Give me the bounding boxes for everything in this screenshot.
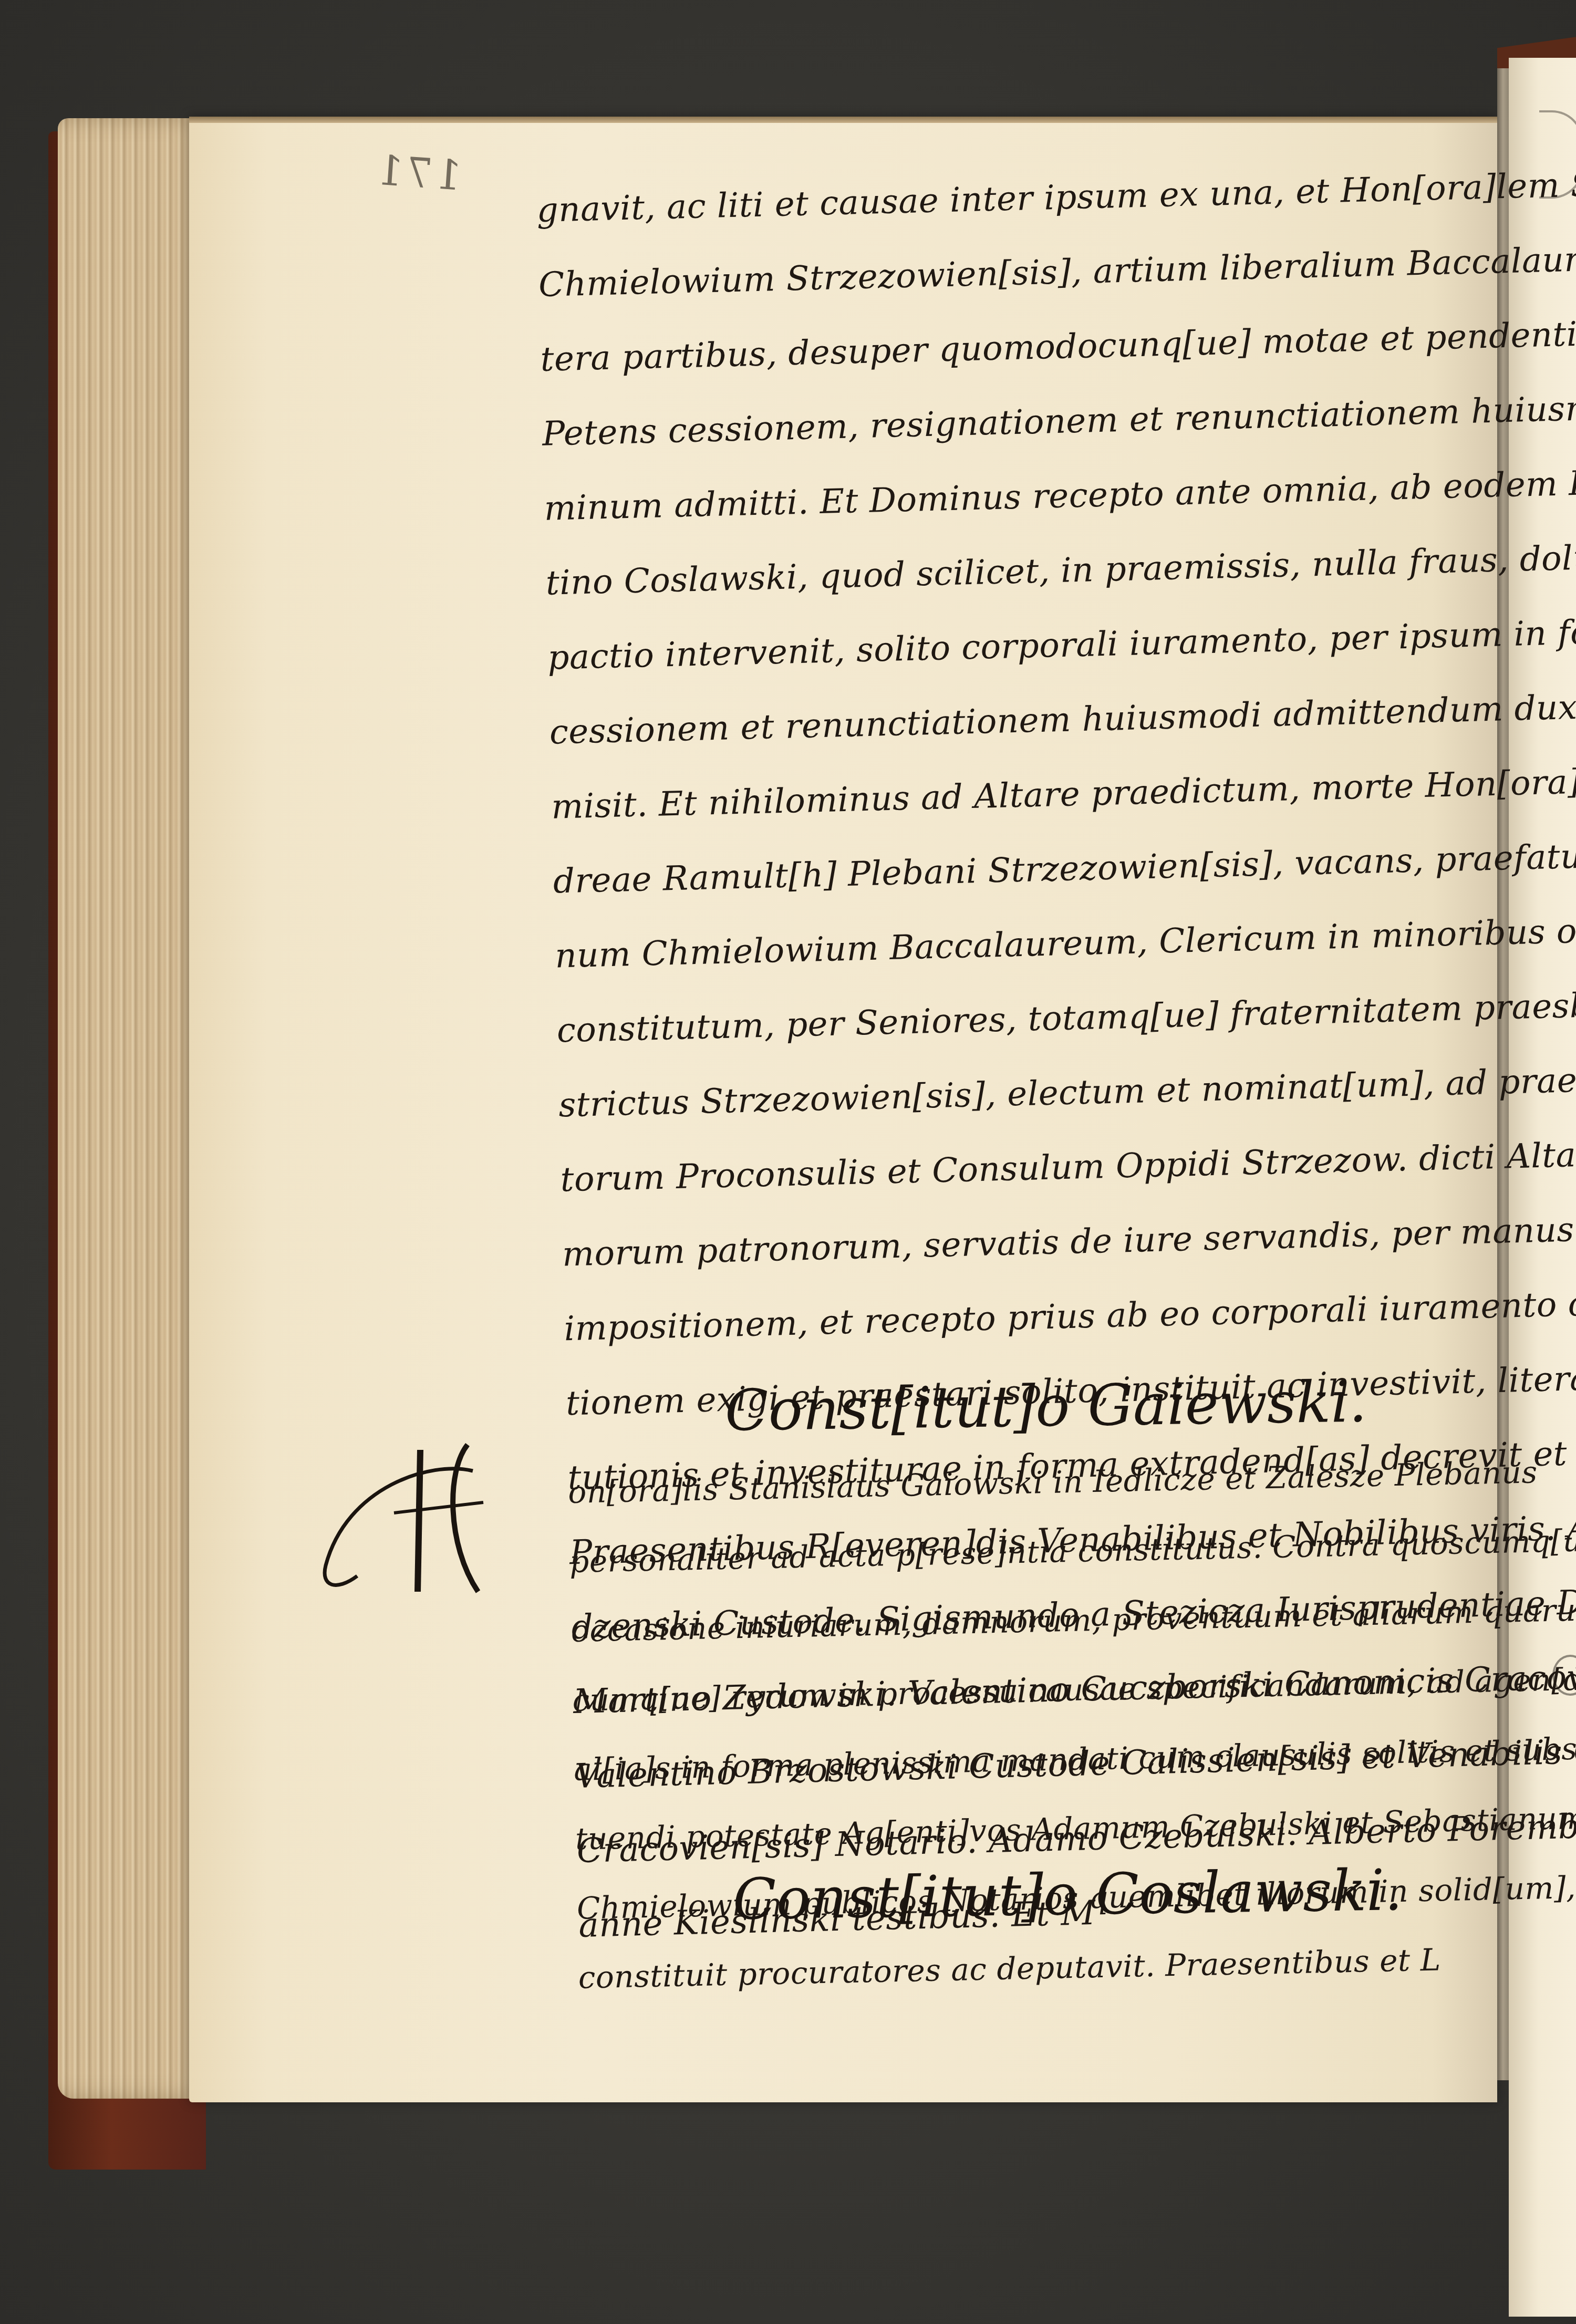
folio-number-bleedthrough: 171 (372, 147, 463, 200)
decorated-initial-h-icon (315, 1439, 489, 1597)
page-stack-fore-edge (58, 118, 210, 2099)
section-heading-coslawski: Const[itut]o Coslawski. (732, 1858, 1403, 1933)
page-top-edge (189, 117, 1497, 123)
section-heading-gaiewski: Const[itut]o Gaiewski. (724, 1369, 1367, 1444)
